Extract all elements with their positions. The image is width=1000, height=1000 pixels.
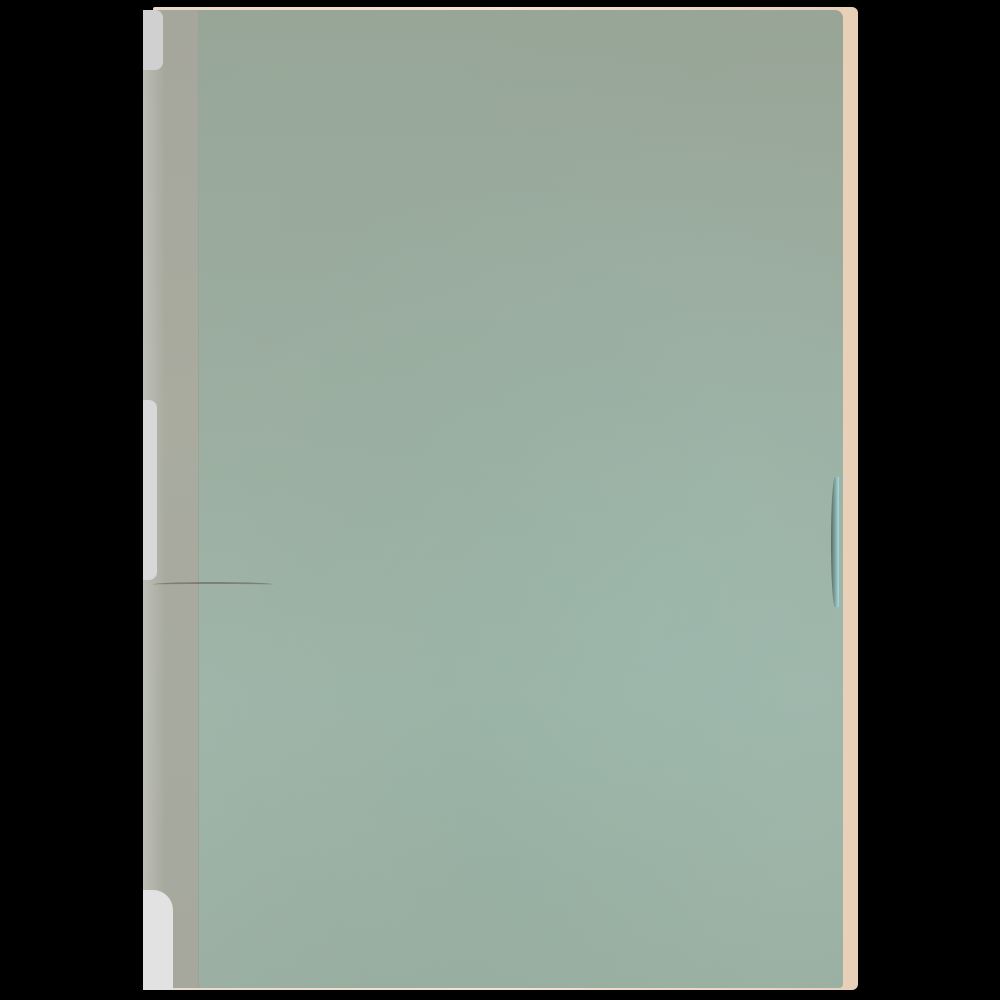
cover-crease	[153, 582, 273, 587]
spine-tear-bottom	[143, 890, 173, 990]
edge-slit	[831, 477, 839, 607]
spine-tear	[143, 400, 157, 580]
book	[143, 7, 860, 991]
spine-strip	[143, 10, 199, 988]
spine-wear	[143, 10, 163, 70]
book-cover	[143, 10, 843, 988]
